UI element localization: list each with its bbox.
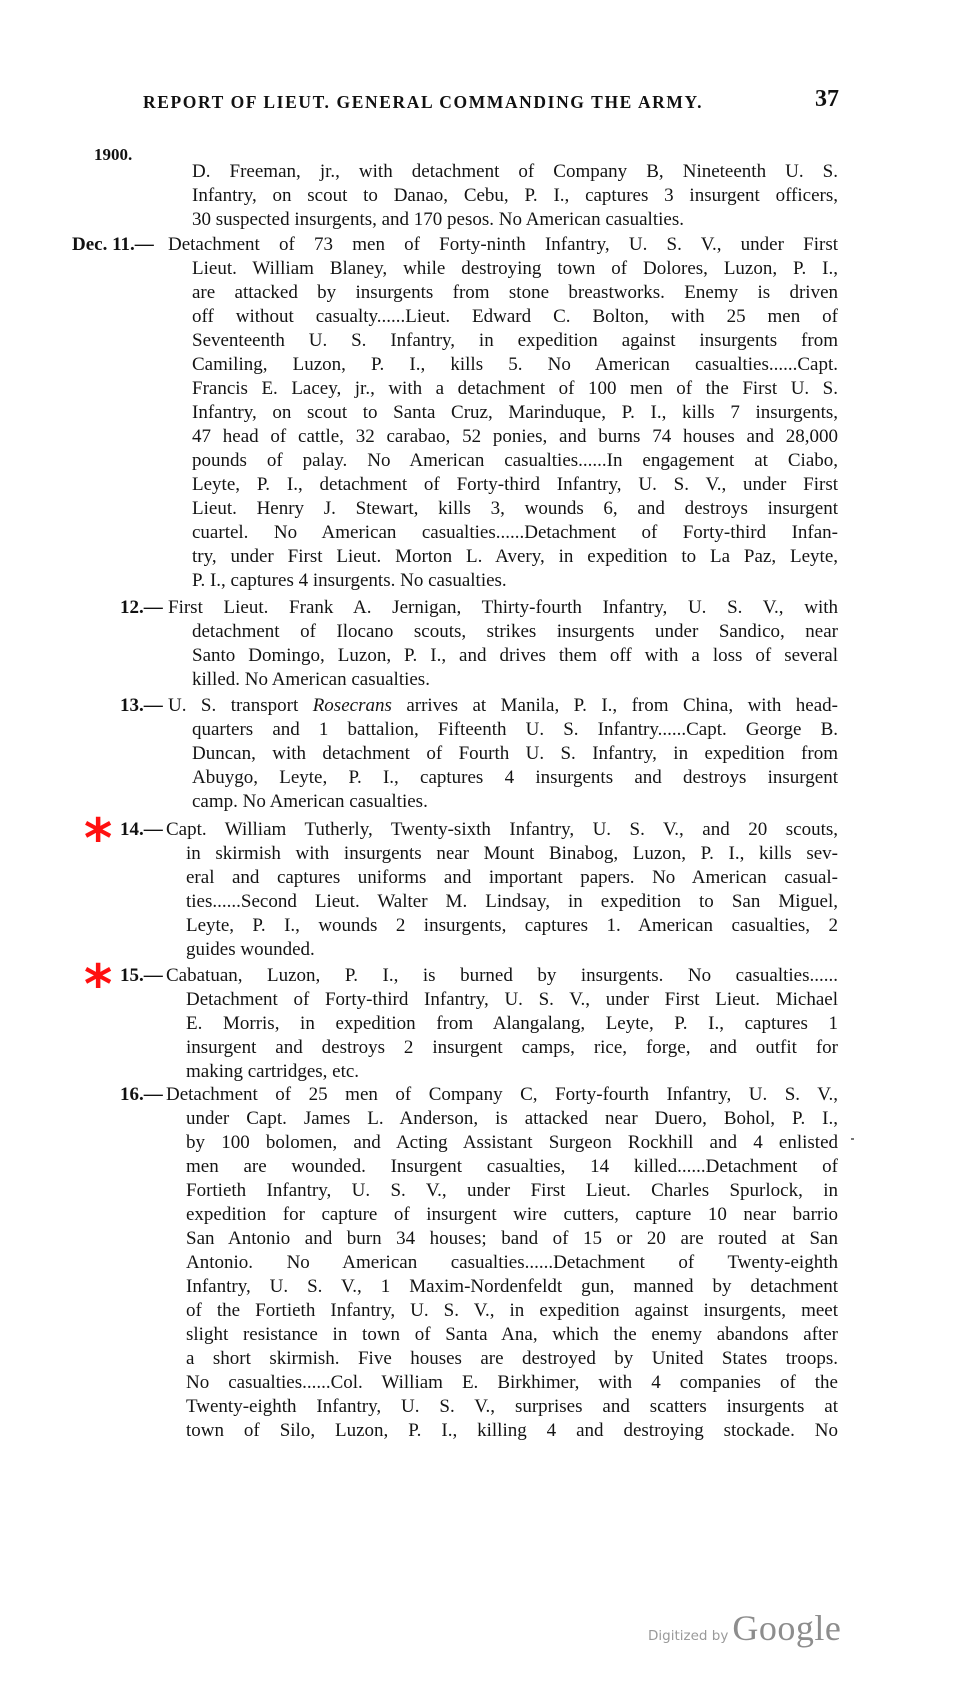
watermark-prefix: Digitized by [648, 1628, 728, 1644]
entry-line: ties......Second Lieut. Walter M. Lindsa… [186, 890, 838, 914]
entry-date-15: 15.— [120, 964, 163, 988]
entry-date-13: 13.— [120, 694, 163, 718]
entry-line: No casualties......Col. William E. Birkh… [186, 1371, 838, 1395]
entry-line: Lieut. Henry J. Stewart, kills 3, wounds… [192, 497, 838, 521]
entry-line: town of Silo, Luzon, P. I., killing 4 an… [186, 1419, 838, 1443]
entry-line: a short skirmish. Five houses are destro… [186, 1347, 838, 1371]
entry-line: guides wounded. [186, 938, 838, 962]
entry-line: are attacked by insurgents from stone br… [192, 281, 838, 305]
entry-line: E. Morris, in expedition from Alangalang… [186, 1012, 838, 1036]
entry-line: First Lieut. Frank A. Jernigan, Thirty-f… [168, 596, 838, 620]
entry-line: off without casualty......Lieut. Edward … [192, 305, 838, 329]
google-logo-text: Google [732, 1608, 841, 1648]
entry-line: Lieut. William Blaney, while destroying … [192, 257, 838, 281]
entry-line: Abuygo, Leyte, P. I., captures 4 insurge… [192, 766, 838, 790]
entry-line: Leyte, P. I., wounds 2 insurgents, captu… [186, 914, 838, 938]
entry-date-dec-11: Dec. 11.— [72, 233, 154, 257]
entry-line: pounds of palay. No American casualties.… [192, 449, 838, 473]
entry-line: in skirmish with insurgents near Mount B… [186, 842, 838, 866]
entry-line: D. Freeman, jr., with detachment of Comp… [192, 160, 838, 184]
entry-line: camp. No American casualties. [192, 790, 838, 814]
ship-name-italic: Rosecrans [313, 695, 392, 716]
entry-line: San Antonio and burn 34 houses; band of … [186, 1227, 838, 1251]
entry-line: men are wounded. Insurgent casualties, 1… [186, 1155, 838, 1179]
digitized-by-google-watermark: Digitized by Google [648, 1607, 841, 1649]
entry-line: Antonio. No American casualties......Det… [186, 1251, 838, 1275]
red-asterisk-marker: * [84, 812, 112, 866]
entry-date-16: 16.— [120, 1083, 163, 1107]
entry-line: Leyte, P. I., detachment of Forty-third … [192, 473, 838, 497]
entry-line: P. I., captures 4 insurgents. No casualt… [192, 569, 838, 593]
entry-line: Cabatuan, Luzon, P. I., is burned by ins… [166, 964, 838, 988]
entry-line: by 100 bolomen, and Acting Assistant Sur… [186, 1131, 838, 1155]
entry-line: quarters and 1 battalion, Fifteenth U. S… [192, 718, 838, 742]
entry-date-12: 12.— [120, 596, 163, 620]
entry-line: 47 head of cattle, 32 carabao, 52 ponies… [192, 425, 838, 449]
entry-line-text: U. S. transport [168, 695, 313, 716]
entry-line: Duncan, with detachment of Fourth U. S. … [192, 742, 838, 766]
entry-line: Detachment of Forty-third Infantry, U. S… [186, 988, 838, 1012]
entry-line: Francis E. Lacey, jr., with a detachment… [192, 377, 838, 401]
entry-line: Infantry, on scout to Santa Cruz, Marind… [192, 401, 838, 425]
entry-line: making cartridges, etc. [186, 1060, 838, 1084]
entry-line: expedition for capture of insurgent wire… [186, 1203, 838, 1227]
entry-line: Fortieth Infantry, U. S. V., under First… [186, 1179, 838, 1203]
entry-line: Camiling, Luzon, P. I., kills 5. No Amer… [192, 353, 838, 377]
red-asterisk-marker: * [84, 958, 112, 1012]
entry-line-text: arrives at Manila, P. I., from China, wi… [392, 695, 838, 716]
entry-line: Detachment of 73 men of Forty-ninth Infa… [168, 233, 838, 257]
entry-line: U. S. transport Rosecrans arrives at Man… [168, 694, 838, 718]
entry-line: Infantry, U. S. V., 1 Maxim-Nordenfeldt … [186, 1275, 838, 1299]
entry-line: Santo Domingo, Luzon, P. I., and drives … [192, 644, 838, 668]
entry-line: detachment of Ilocano scouts, strikes in… [192, 620, 838, 644]
entry-line: killed. No American casualties. [192, 668, 838, 692]
entry-line: slight resistance in town of Santa Ana, … [186, 1323, 838, 1347]
scan-speck [851, 1138, 854, 1140]
scanned-book-page: REPORT OF LIEUT. GENERAL COMMANDING THE … [0, 0, 980, 1682]
entry-line: eral and captures uniforms and important… [186, 866, 838, 890]
entry-line: under Capt. James L. Anderson, is attack… [186, 1107, 838, 1131]
entry-line: Twenty-eighth Infantry, U. S. V., surpri… [186, 1395, 838, 1419]
entry-line: Capt. William Tutherly, Twenty-sixth Inf… [166, 818, 838, 842]
running-head: REPORT OF LIEUT. GENERAL COMMANDING THE … [143, 92, 843, 113]
entry-date-14: 14.— [120, 818, 163, 842]
page-number: 37 [815, 86, 839, 113]
entry-line: insurgent and destroys 2 insurgent camps… [186, 1036, 838, 1060]
entry-line: Detachment of 25 men of Company C, Forty… [166, 1083, 838, 1107]
entry-line: try, under First Lieut. Morton L. Avery,… [192, 545, 838, 569]
year-label: 1900. [94, 145, 132, 165]
entry-line: Seventeenth U. S. Infantry, in expeditio… [192, 329, 838, 353]
entry-line: cuartel. No American casualties......Det… [192, 521, 838, 545]
entry-line: Infantry, on scout to Danao, Cebu, P. I.… [192, 184, 838, 208]
entry-line: 30 suspected insurgents, and 170 pesos. … [192, 208, 838, 232]
entry-line: of the Fortieth Infantry, U. S. V., in e… [186, 1299, 838, 1323]
